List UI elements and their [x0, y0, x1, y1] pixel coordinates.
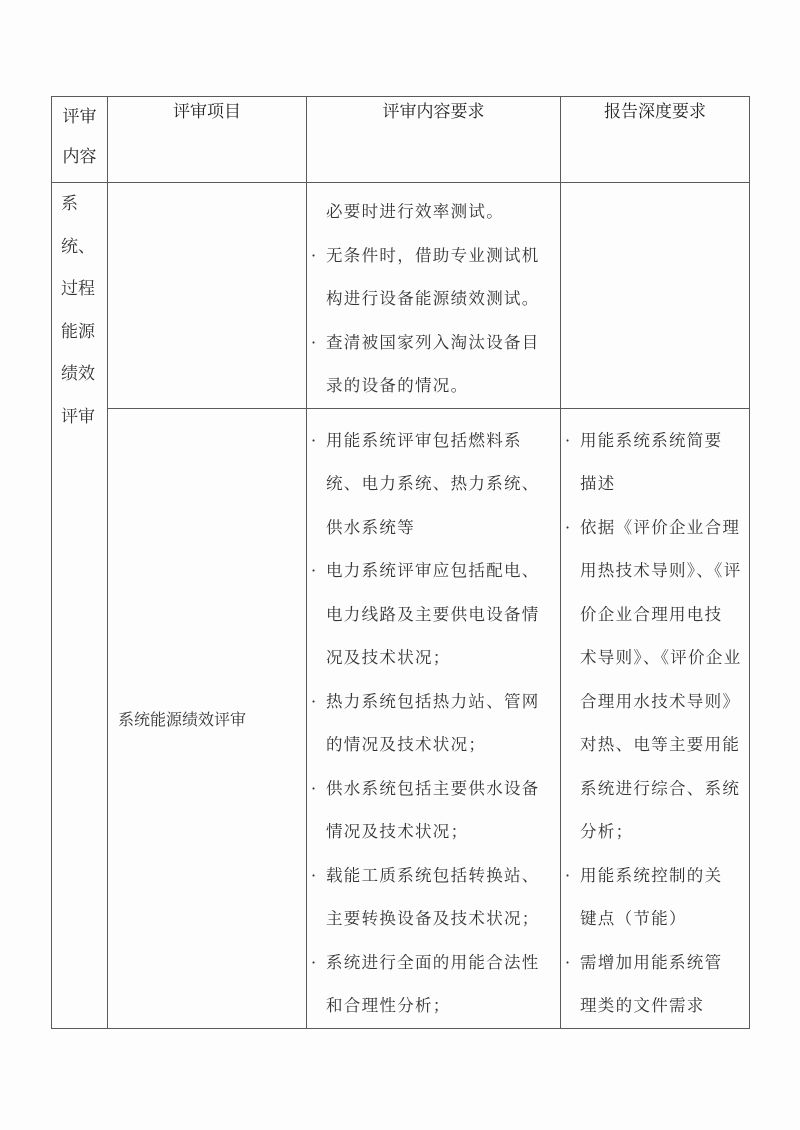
list-item: 热力系统包括热力站、管网 的情况及技术状况； [307, 680, 560, 767]
list-item-line: 统、电力系统、热力系统、 [326, 462, 560, 506]
category-line: 过程 [52, 268, 107, 311]
list-item: 载能工质系统包括转换站、 主要转换设备及技术状况； [307, 854, 560, 941]
list-item-line: 描述 [580, 462, 749, 506]
header-review-item: 评审项目 [108, 97, 307, 183]
report-depth-cell [561, 183, 750, 409]
list-item: 需增加用能系统管 理类的文件需求 [561, 941, 749, 1028]
list-item-line: 供水系统包括主要供水设备 [326, 767, 560, 811]
category-line: 统、 [52, 226, 107, 269]
report-depth-cell: 用能系统系统简要 描述 依据《评价企业合理 用热技术导则》、《评 价企业合理用电… [561, 408, 750, 1028]
list-item-line: 供水系统等 [326, 506, 560, 550]
list-item-line: 录的设备的情况。 [326, 364, 560, 408]
category-line: 绩效 [52, 353, 107, 396]
list-item: 依据《评价企业合理 用热技术导则》、《评 价企业合理用电技 术导则》、《评价企业… [561, 506, 749, 854]
requirements-list: 用能系统评审包括燃料系 统、电力系统、热力系统、 供水系统等 电力系统评审应包括… [307, 409, 560, 1028]
list-item-line: 查清被国家列入淘汰设备目 [326, 321, 560, 365]
list-item-line: 主要转换设备及技术状况； [326, 897, 560, 941]
list-item-line: 需增加用能系统管 [580, 941, 749, 985]
header-review-content-line-1: 评审 [52, 97, 107, 137]
content-requirements-cell: 必要时进行效率测试。 无条件时，借助专业测试机 构进行设备能源绩效测试。 查清被… [307, 183, 561, 409]
list-item-line: 电力系统评审应包括配电、 [326, 549, 560, 593]
review-item-cell: 系统能源绩效评审 [108, 408, 307, 1028]
header-report-depth: 报告深度要求 [561, 97, 750, 183]
list-item-line: 载能工质系统包括转换站、 [326, 854, 560, 898]
list-item-line: 用能系统评审包括燃料系 [326, 419, 560, 463]
list-item-line: 构进行设备能源绩效测试。 [326, 277, 560, 321]
list-item-line: 必要时进行效率测试。 [326, 190, 560, 234]
list-item-line: 电力线路及主要供电设备情 [326, 593, 560, 637]
list-item-line: 热力系统包括热力站、管网 [326, 680, 560, 724]
list-item-line: 术导则》、《评价企业 [580, 636, 749, 680]
category-line: 评审 [52, 396, 107, 439]
list-item: 查清被国家列入淘汰设备目 录的设备的情况。 [307, 321, 560, 408]
list-item: 供水系统包括主要供水设备 情况及技术状况； [307, 767, 560, 854]
list-item-line: 用热技术导则》、《评 [580, 549, 749, 593]
list-item-line: 依据《评价企业合理 [580, 506, 749, 550]
list-item-line: 合理用水技术导则》 [580, 680, 749, 724]
list-item: 无条件时，借助专业测试机 构进行设备能源绩效测试。 [307, 234, 560, 321]
review-requirements-table: 评审 内容 评审项目 评审内容要求 报告深度要求 系 统、 过程 能源 绩效 评… [51, 96, 750, 1029]
list-item-line: 的情况及技术状况； [326, 723, 560, 767]
list-item: 必要时进行效率测试。 [307, 190, 560, 234]
content-requirements-cell: 用能系统评审包括燃料系 统、电力系统、热力系统、 供水系统等 电力系统评审应包括… [307, 408, 561, 1028]
list-item: 用能系统系统简要 描述 [561, 419, 749, 506]
list-item: 电力系统评审应包括配电、 电力线路及主要供电设备情 况及技术状况； [307, 549, 560, 680]
list-item-line: 用能系统控制的关 [580, 854, 749, 898]
header-review-content: 评审 内容 [52, 97, 108, 183]
list-item-line: 对热、电等主要用能 [580, 723, 749, 767]
header-review-content-line-2: 内容 [52, 137, 107, 177]
header-content-requirements: 评审内容要求 [307, 97, 561, 183]
list-item-line: 键点（节能） [580, 897, 749, 941]
list-item-line: 系统进行综合、系统 [580, 767, 749, 811]
list-item-line: 分析； [580, 810, 749, 854]
category-line: 能源 [52, 311, 107, 354]
review-item-cell [108, 183, 307, 409]
list-item-line: 用能系统系统简要 [580, 419, 749, 463]
list-item-line: 系统进行全面的用能合法性 [326, 941, 560, 985]
list-item-line: 况及技术状况； [326, 636, 560, 680]
category-line: 系 [52, 183, 107, 226]
document-page: 评审 内容 评审项目 评审内容要求 报告深度要求 系 统、 过程 能源 绩效 评… [0, 0, 800, 1130]
table-row: 系 统、 过程 能源 绩效 评审 必要时进行效率测试。 无条件时，借助专业测试机 [52, 183, 750, 409]
list-item: 用能系统控制的关 键点（节能） [561, 854, 749, 941]
list-item-line: 情况及技术状况； [326, 810, 560, 854]
table-row: 系统能源绩效评审 用能系统评审包括燃料系 统、电力系统、热力系统、 供水系统等 … [52, 408, 750, 1028]
review-category-cell: 系 统、 过程 能源 绩效 评审 [52, 183, 108, 1029]
list-item-line: 理类的文件需求 [580, 984, 749, 1028]
table-header-row: 评审 内容 评审项目 评审内容要求 报告深度要求 [52, 97, 750, 183]
list-item: 用能系统评审包括燃料系 统、电力系统、热力系统、 供水系统等 [307, 419, 560, 550]
list-item-line: 无条件时，借助专业测试机 [326, 234, 560, 278]
requirements-list: 必要时进行效率测试。 无条件时，借助专业测试机 构进行设备能源绩效测试。 查清被… [307, 183, 560, 408]
list-item-line: 和合理性分析； [326, 984, 560, 1028]
list-item: 系统进行全面的用能合法性 和合理性分析； [307, 941, 560, 1028]
list-item-line: 价企业合理用电技 [580, 593, 749, 637]
report-requirements-list: 用能系统系统简要 描述 依据《评价企业合理 用热技术导则》、《评 价企业合理用电… [561, 409, 749, 1028]
